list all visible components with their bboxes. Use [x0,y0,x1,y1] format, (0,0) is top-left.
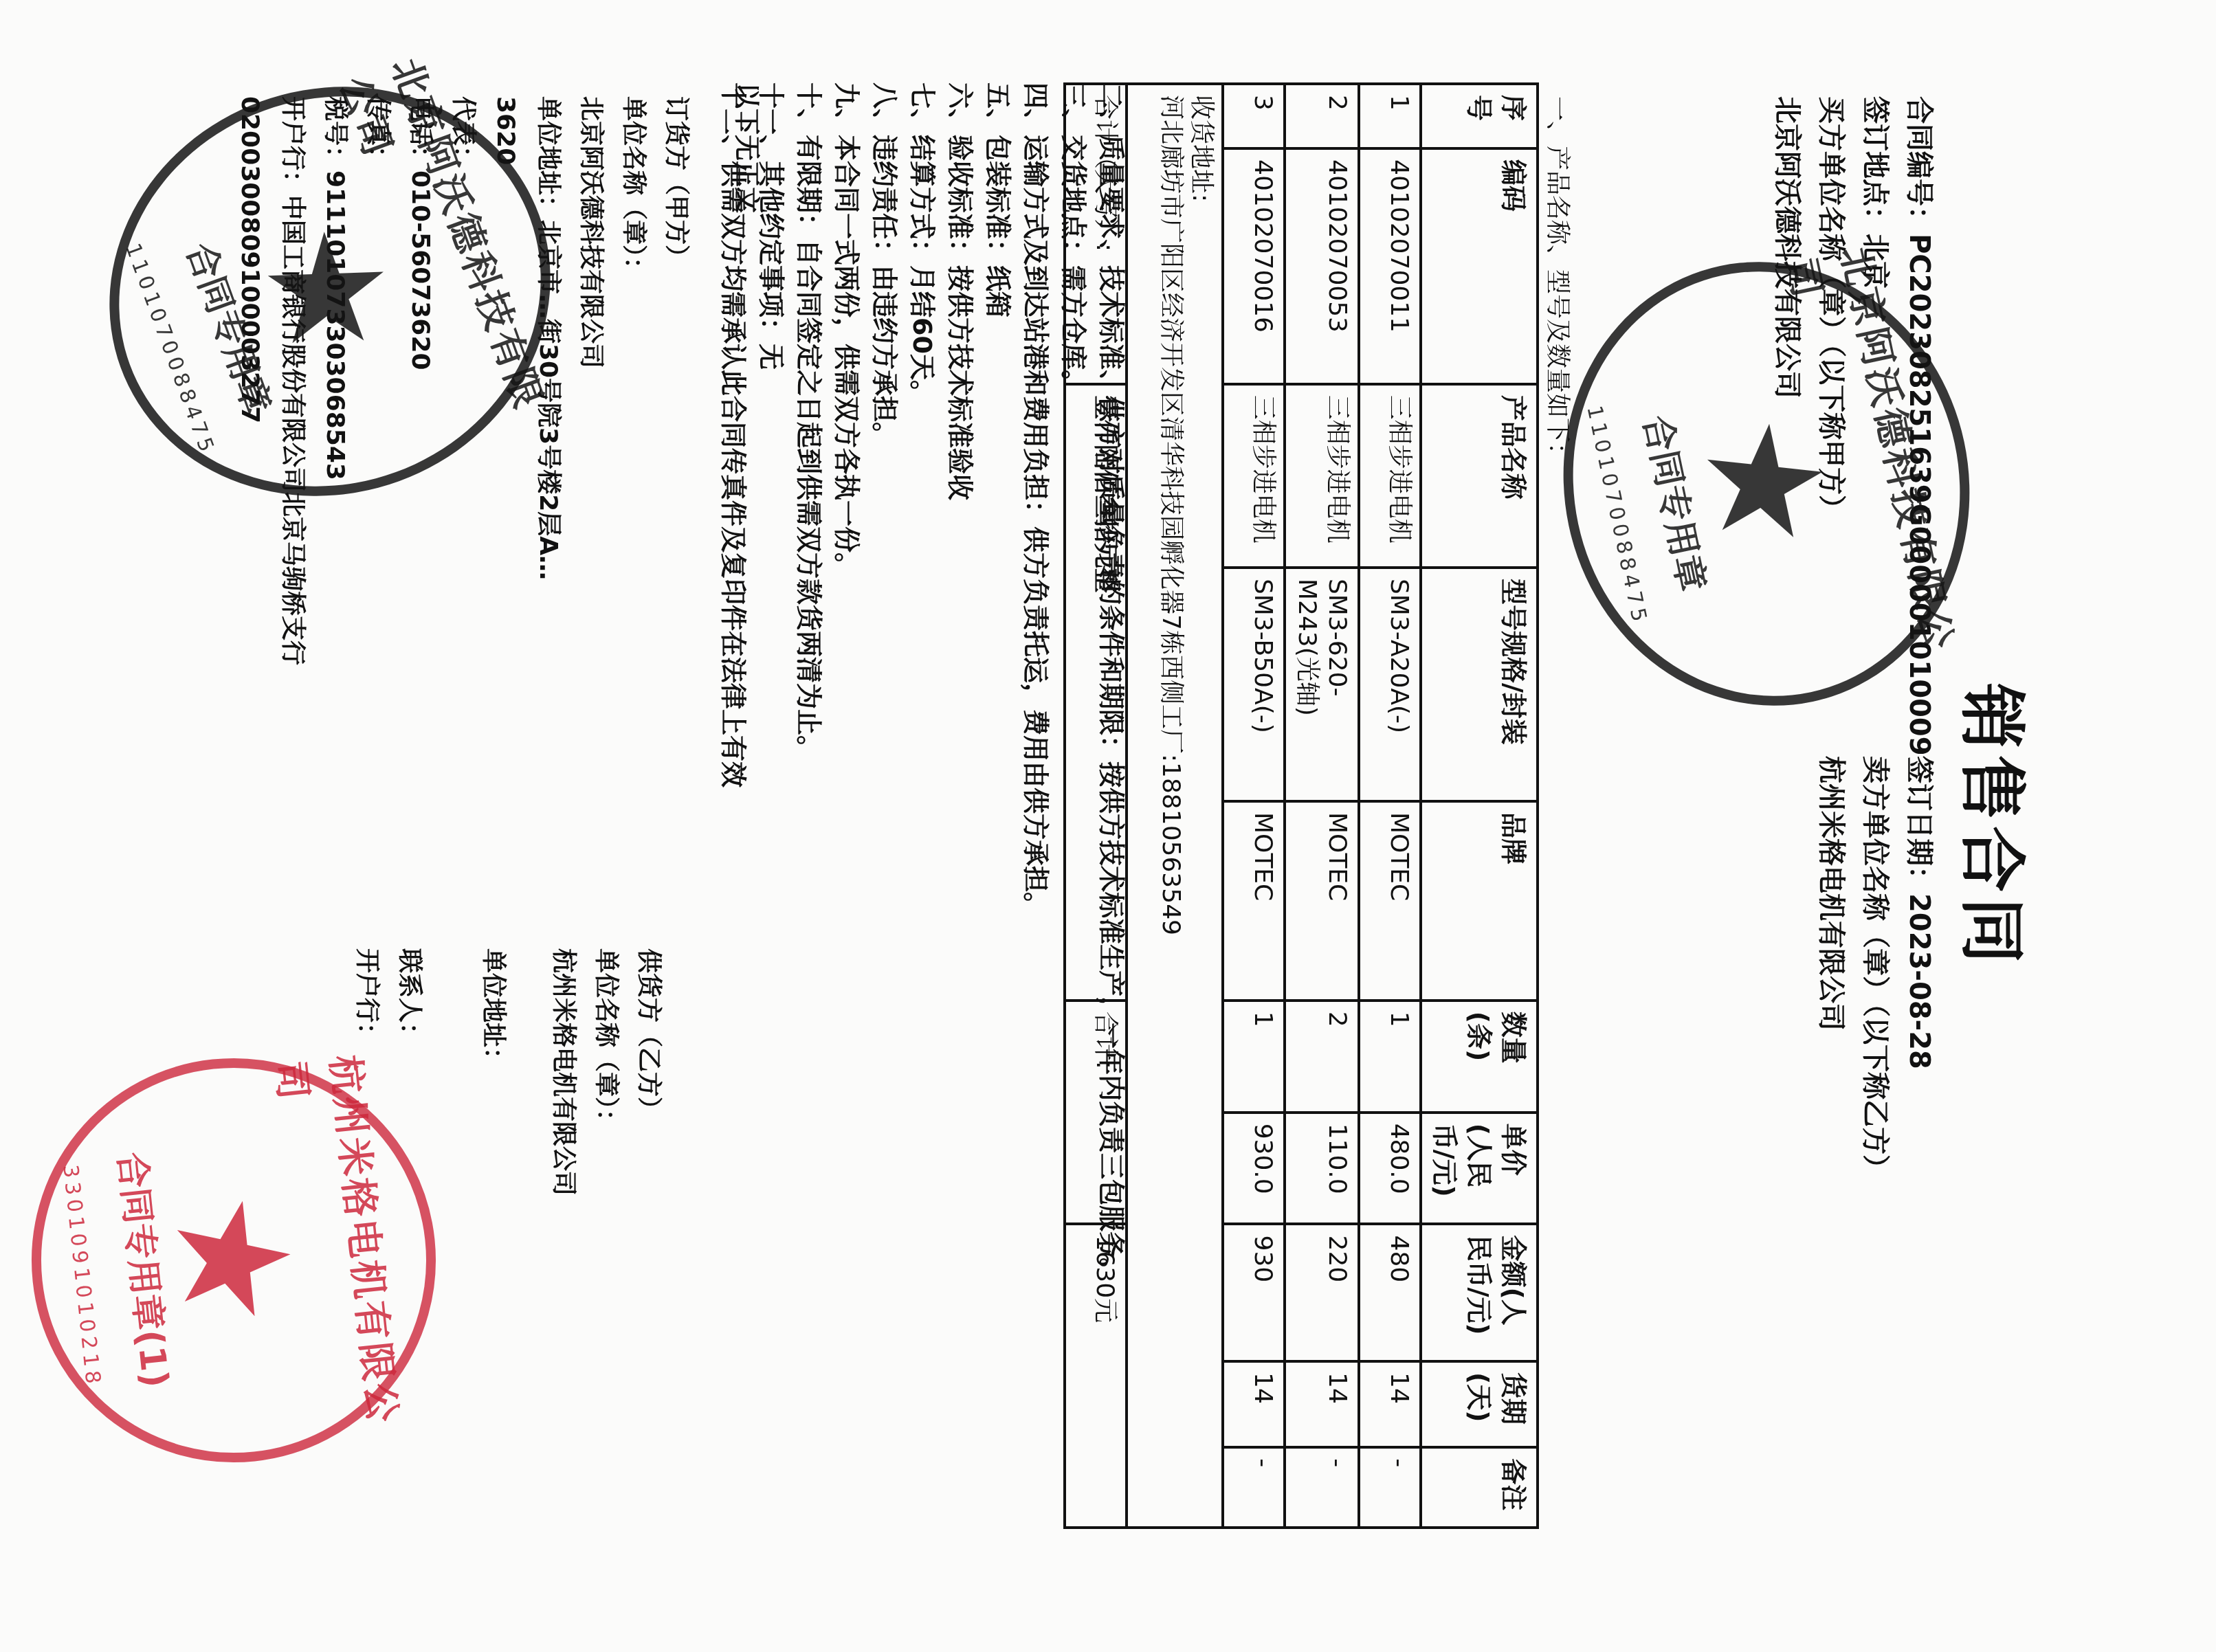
seller-unit-label: 卖方单位名称（章）（以下称乙方） [1853,756,1897,1581]
cell-model: SM3-620-M243(光轴) [1285,568,1359,801]
cell-no: 1 [1359,84,1421,148]
cell-qty: 2 [1285,1001,1359,1113]
term-item: 十一、其他约定事项：无 [752,82,790,1629]
term-item: 二、质量要求、技术标准、供方对质量负责的条件和期限：按供方技术标准生产，一年内负… [1092,82,1130,1629]
sign-date: 签订日期：2023-08-28 [1897,756,1941,1581]
goods-table: 序号 编码 产品名称 型号规格/封装 品牌 数量(条) 单价(人民币/元) 金额… [1063,82,1539,1529]
cell-name: 三相步进电机 [1223,384,1285,568]
col-days: 货期(天) [1421,1361,1538,1447]
cell-no: 3 [1223,84,1285,148]
seller-heading: 供货方（乙方） [627,948,669,1567]
cell-name: 三相步进电机 [1359,384,1421,568]
delivery-address: 河北廊坊市广阳区经济开发区清华科技园孵化器7栋西侧工厂:18810563549 [1155,95,1186,1517]
header-right: 签订日期：2023-08-28 卖方单位名称（章）（以下称乙方） 杭州米格电机有… [1809,756,1941,1581]
col-qty: 数量(条) [1421,1001,1538,1113]
buyer-heading: 订货方（甲方） [654,96,697,715]
table-row: 140102070011三相步进电机SM3-A20A(-)MOTEC1480.0… [1359,84,1421,1528]
buyer-unit-name: 北京阿沃德科技有限公司 [569,96,612,715]
cell-amount: 930 [1223,1224,1285,1361]
seller-unit-name: 杭州米格电机有限公司 [1809,756,1853,1581]
term-item: 五、包装标准：纸箱 [979,82,1017,1629]
cell-days: 14 [1223,1361,1285,1447]
table-row: 340102070016三相步进电机SM3-B50A(-)MOTEC1930.0… [1223,84,1285,1528]
cell-price: 930.0 [1223,1113,1285,1225]
seller-address-label: 单位地址： [472,948,514,1567]
term-item: 九、本合同一式两份，供需双方各执一份。 [828,82,865,1629]
term-item: 三、交货地点：需方仓库。 [1054,82,1092,1629]
col-name: 产品名称 [1421,384,1538,568]
term-item: 四、运输方式及到达站港和费用负担：供方负责托运，费用由供方承担。 [1017,82,1054,1629]
cell-brand: MOTEC [1285,801,1359,1001]
seller-unit-label: 单位名称（章）： [584,948,627,1567]
col-code: 编码 [1421,148,1538,384]
cell-no: 2 [1285,84,1359,148]
delivery-address-row: 收货地址: 河北廊坊市广阳区经济开发区清华科技园孵化器7栋西侧工厂:188105… [1127,84,1223,1528]
col-model: 型号规格/封装 [1421,568,1538,801]
cell-note: - [1359,1447,1421,1528]
col-amount: 金额(人民币/元) [1421,1224,1538,1361]
cell-amount: 480 [1359,1224,1421,1361]
cell-brand: MOTEC [1359,801,1421,1001]
terms-list: 二、质量要求、技术标准、供方对质量负责的条件和期限：按供方技术标准生产，一年内负… [714,82,1130,1629]
term-item: 八、违约责任：由违约方承担。 [865,82,903,1629]
cell-amount: 220 [1285,1224,1359,1361]
table-row: 240102070053三相步进电机SM3-620-M243(光轴)MOTEC2… [1285,84,1359,1528]
cell-code: 40102070053 [1285,148,1359,384]
buyer-unit-label: 单位名称（章）： [612,96,654,715]
term-item: 七、结算方式：月结60天。 [903,82,941,1629]
no-more-text: 以下无正文 [728,82,766,213]
cell-qty: 1 [1359,1001,1421,1113]
cell-name: 三相步进电机 [1285,384,1359,568]
cell-code: 40102070016 [1223,148,1285,384]
cell-note: - [1223,1447,1285,1528]
cell-price: 480.0 [1359,1113,1421,1225]
document-title: 销售合同 [1950,0,2044,1652]
col-note: 备注 [1421,1447,1538,1528]
cell-days: 14 [1285,1361,1359,1447]
col-price: 单价(人民币/元) [1421,1113,1538,1225]
cell-price: 110.0 [1285,1113,1359,1225]
col-brand: 品牌 [1421,801,1538,1001]
term-item: 六、验收标准：按供方技术标准验收 [941,82,979,1629]
goods-table-header: 序号 编码 产品名称 型号规格/封装 品牌 数量(条) 单价(人民币/元) 金额… [1421,84,1538,1528]
cell-brand: MOTEC [1223,801,1285,1001]
cell-code: 40102070011 [1359,148,1421,384]
term-item: 十二、供需双方均需承认此合同传真件及复印件在法律上有效 [714,82,752,1629]
delivery-address-label: 收货地址: [1186,95,1216,1517]
cell-days: 14 [1359,1361,1421,1447]
cell-model: SM3-A20A(-) [1359,568,1421,801]
cell-qty: 1 [1223,1001,1285,1113]
cell-note: - [1285,1447,1359,1528]
term-item: 十、有限期：自合同签定之日起到供需双方款货两清为止。 [790,82,828,1629]
contract-page: 销售合同 合同编号：PC202308251639G000001010009 签订… [0,0,2216,1652]
cell-model: SM3-B50A(-) [1223,568,1285,801]
col-no: 序号 [1421,84,1538,148]
seller-unit-name: 杭州米格电机有限公司 [542,948,584,1567]
